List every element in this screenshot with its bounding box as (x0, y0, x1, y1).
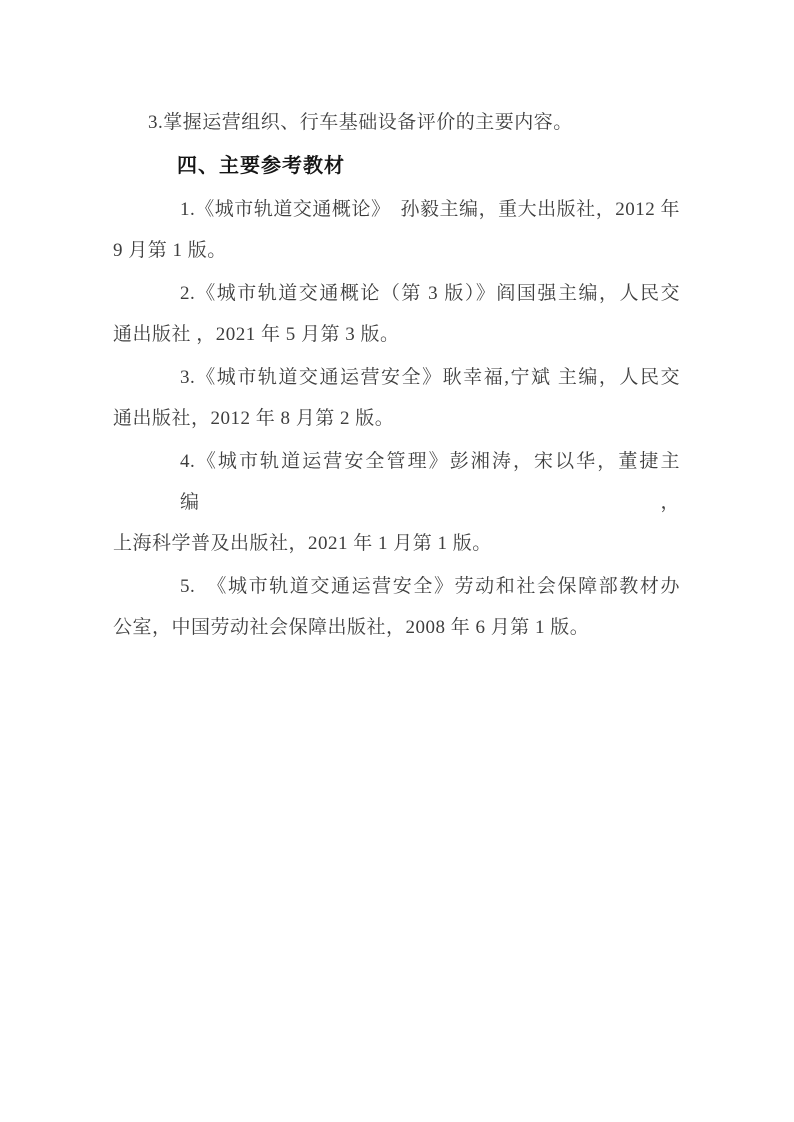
reference-line: 2.《城市轨道交通概论（第 3 版）》阎国强主编，人民交 (113, 273, 680, 314)
section-heading: 四、主要参考教材 (113, 146, 680, 187)
reference-line: 上海科学普及出版社，2021 年 1 月第 1 版。 (113, 523, 680, 564)
reference-item: 3.《城市轨道交通运营安全》耿幸福,宁斌 主编，人民交 通出版社，2012 年 … (113, 357, 680, 439)
reference-item: 1.《城市轨道交通概论》 孙毅主编，重大出版社，2012 年 9 月第 1 版。 (113, 189, 680, 271)
reference-line: 1.《城市轨道交通概论》 孙毅主编，重大出版社，2012 年 (113, 189, 680, 230)
reference-line: 5. 《城市轨道交通运营安全》劳动和社会保障部教材办 (113, 566, 680, 607)
reference-line: 通出版社 ，2021 年 5 月第 3 版。 (113, 314, 680, 355)
reference-line: 通出版社，2012 年 8 月第 2 版。 (113, 398, 680, 439)
list-item-objective-3: 3.掌握运营组织、行车基础设备评价的主要内容。 (113, 102, 680, 143)
document-page: 3.掌握运营组织、行车基础设备评价的主要内容。 四、主要参考教材 1.《城市轨道… (0, 0, 794, 1122)
reference-line: 公室，中国劳动社会保障出版社，2008 年 6 月第 1 版。 (113, 607, 680, 648)
reference-item: 5. 《城市轨道交通运营安全》劳动和社会保障部教材办 公室，中国劳动社会保障出版… (113, 566, 680, 648)
reference-item: 2.《城市轨道交通概论（第 3 版）》阎国强主编，人民交 通出版社 ，2021 … (113, 273, 680, 355)
reference-item: 4.《城市轨道运营安全管理》彭湘涛，宋以华，董捷主编， 上海科学普及出版社，20… (113, 441, 680, 564)
reference-line: 9 月第 1 版。 (113, 230, 680, 271)
reference-line: 4.《城市轨道运营安全管理》彭湘涛，宋以华，董捷主编， (113, 441, 680, 523)
reference-line: 3.《城市轨道交通运营安全》耿幸福,宁斌 主编，人民交 (113, 357, 680, 398)
